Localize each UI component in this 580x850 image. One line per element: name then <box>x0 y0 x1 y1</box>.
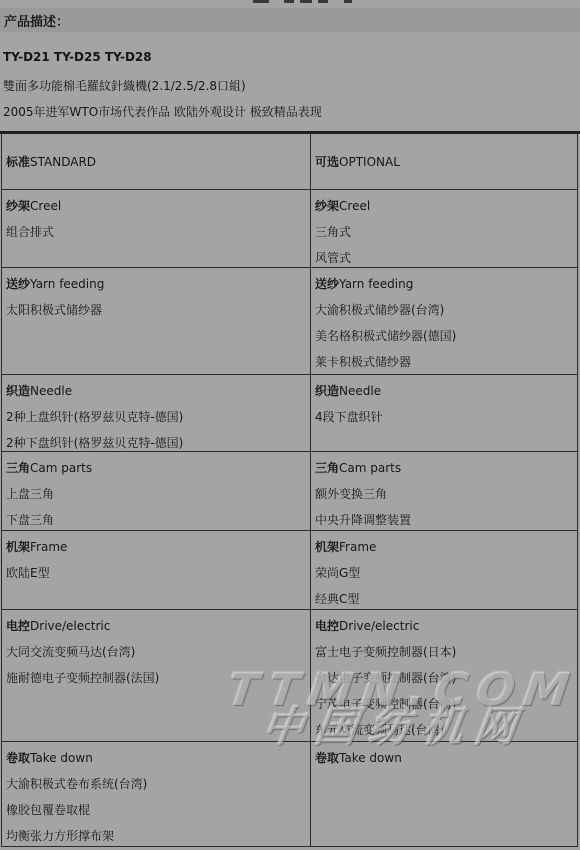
description-line-1: 雙面多功能棉毛羅紋針織機(2.1/2.5/2.8口組) <box>3 77 246 94</box>
table-row: 电控Drive/electric大同交流变频马达(台湾)施耐德电子变频控制器(法… <box>2 610 577 742</box>
category-label-zh: 三角 <box>6 461 30 475</box>
category-label-en: Drive/electric <box>339 619 419 633</box>
category-label-zh: 织造 <box>315 384 339 398</box>
optional-cell: 卷取Take down <box>311 742 577 846</box>
category-label: 送纱Yarn feeding <box>6 271 306 297</box>
optional-cell: 电控Drive/electric富士电子变频控制器(日本)台达电子变频控制器(台… <box>311 610 577 741</box>
description-line-2: 2005年进军WTO市场代表作品 欧陆外观设计 极致精品表现 <box>3 103 322 120</box>
category-label-en: Take down <box>339 751 402 765</box>
spec-item: 东元交流变频马达(台湾) <box>315 717 573 741</box>
spec-item: 施耐德电子变频控制器(法国) <box>6 665 306 691</box>
spec-item: 下盘三角 <box>6 507 306 530</box>
category-label: 织造Needle <box>6 378 306 404</box>
category-label-en: Frame <box>339 540 376 554</box>
table-row: 机架Frame欧陆E型机架Frame荣尚G型经典C型 <box>2 531 577 610</box>
category-label: 机架Frame <box>315 534 573 560</box>
standard-cell: 电控Drive/electric大同交流变频马达(台湾)施耐德电子变频控制器(法… <box>2 610 311 741</box>
spec-item: 大渝积极式卷布系统(台湾) <box>6 771 306 797</box>
category-label-en: Creel <box>339 199 370 213</box>
product-description-page: 产品描述： TY-D21 TY-D25 TY-D28 雙面多功能棉毛羅紋針織機(… <box>0 0 580 850</box>
spec-item: 台达电子变频控制器(台湾) <box>315 665 573 691</box>
spec-item: 额外变换三角 <box>315 481 573 507</box>
column-header-optional-zh: 可选 <box>315 153 339 170</box>
category-label-en: Creel <box>30 199 61 213</box>
standard-cell: 纱架Creel组合排式 <box>2 190 311 267</box>
section-title: 产品描述： <box>4 11 69 30</box>
optional-cell: 送纱Yarn feeding大渝积极式储纱器(台湾)美名格积极式储纱器(德国)莱… <box>311 268 577 374</box>
category-label-zh: 纱架 <box>6 199 30 213</box>
standard-cell: 织造Needle2种上盘织针(格罗兹贝克特-德国)2种下盘织针(格罗兹贝克特-德… <box>2 375 311 451</box>
spec-item: 美名格积极式储纱器(德国) <box>315 323 573 349</box>
spec-item: 大同交流变频马达(台湾) <box>6 639 306 665</box>
table-header-row: 标准STANDARD 可选OPTIONAL <box>2 134 577 190</box>
category-label-zh: 电控 <box>6 619 30 633</box>
category-label-zh: 卷取 <box>315 751 339 765</box>
optional-cell: 三角Cam parts额外变换三角中央升降调整装置 <box>311 452 577 530</box>
standard-cell: 送纱Yarn feeding太阳积极式储纱器 <box>2 268 311 374</box>
category-label-zh: 织造 <box>6 384 30 398</box>
category-label: 三角Cam parts <box>6 455 306 481</box>
spec-item: 经典C型 <box>315 586 573 609</box>
category-label-en: Frame <box>30 540 67 554</box>
optional-cell: 纱架Creel三角式风管式 <box>311 190 577 267</box>
category-label-zh: 卷取 <box>6 751 30 765</box>
category-label-zh: 纱架 <box>315 199 339 213</box>
spec-item: 橡胶包覆卷取棍 <box>6 797 306 823</box>
category-label-en: Take down <box>30 751 93 765</box>
clipped-text-fragment <box>284 0 294 3</box>
category-label: 送纱Yarn feeding <box>315 271 573 297</box>
category-label: 卷取Take down <box>315 745 573 771</box>
table-row: 三角Cam parts上盘三角下盘三角三角Cam parts额外变换三角中央升降… <box>2 452 577 531</box>
column-header-standard: 标准STANDARD <box>2 134 311 189</box>
category-label: 机架Frame <box>6 534 306 560</box>
spec-item: 三角式 <box>315 219 573 245</box>
spec-item: 上盘三角 <box>6 481 306 507</box>
category-label-en: Yarn feeding <box>339 277 413 291</box>
model-numbers: TY-D21 TY-D25 TY-D28 <box>3 50 152 64</box>
spec-item: 荣尚G型 <box>315 560 573 586</box>
category-label-zh: 机架 <box>6 540 30 554</box>
standard-cell: 卷取Take down大渝积极式卷布系统(台湾)橡胶包覆卷取棍均衡张力方形撑布架 <box>2 742 311 846</box>
spec-item: 4段下盘织针 <box>315 404 573 430</box>
category-label-en: Yarn feeding <box>30 277 104 291</box>
optional-cell: 机架Frame荣尚G型经典C型 <box>311 531 577 609</box>
column-header-standard-en: STANDARD <box>30 155 96 169</box>
category-label-en: Needle <box>30 384 72 398</box>
category-label: 三角Cam parts <box>315 455 573 481</box>
table-row: 卷取Take down大渝积极式卷布系统(台湾)橡胶包覆卷取棍均衡张力方形撑布架… <box>2 742 577 847</box>
standard-cell: 三角Cam parts上盘三角下盘三角 <box>2 452 311 530</box>
column-header-optional-en: OPTIONAL <box>339 155 400 169</box>
category-label: 电控Drive/electric <box>315 613 573 639</box>
category-label: 纱架Creel <box>6 193 306 219</box>
spec-table: 标准STANDARD 可选OPTIONAL 纱架Creel组合排式纱架Creel… <box>1 134 578 847</box>
clipped-text-fragment <box>253 0 269 3</box>
column-header-standard-zh: 标准 <box>6 153 30 170</box>
spec-item: 2种下盘织针(格罗兹贝克特-德国) <box>6 430 306 451</box>
clipped-text-fragment <box>344 0 352 3</box>
category-label: 卷取Take down <box>6 745 306 771</box>
category-label-zh: 三角 <box>315 461 339 475</box>
spec-item: 太阳积极式储纱器 <box>6 297 306 323</box>
category-label-zh: 送纱 <box>6 277 30 291</box>
table-body: 纱架Creel组合排式纱架Creel三角式风管式送纱Yarn feeding太阳… <box>2 190 577 847</box>
spec-item: 均衡张力方形撑布架 <box>6 823 306 846</box>
product-description-header-bar: 产品描述： <box>0 8 580 32</box>
spec-item: 富士电子变频控制器(日本) <box>315 639 573 665</box>
table-row: 送纱Yarn feeding太阳积极式储纱器送纱Yarn feeding大渝积极… <box>2 268 577 375</box>
spec-item: 大渝积极式储纱器(台湾) <box>315 297 573 323</box>
spec-item: 2种上盘织针(格罗兹贝克特-德国) <box>6 404 306 430</box>
spec-item: 组合排式 <box>6 219 306 245</box>
category-label-zh: 送纱 <box>315 277 339 291</box>
table-row: 纱架Creel组合排式纱架Creel三角式风管式 <box>2 190 577 268</box>
category-label-en: Drive/electric <box>30 619 110 633</box>
clipped-text-fragment <box>300 0 312 3</box>
spec-item: 风管式 <box>315 245 573 267</box>
category-label-zh: 机架 <box>315 540 339 554</box>
column-header-optional: 可选OPTIONAL <box>311 134 577 189</box>
spec-item: 欧陆E型 <box>6 560 306 586</box>
category-label: 电控Drive/electric <box>6 613 306 639</box>
spec-item: 中央升降调整装置 <box>315 507 573 530</box>
category-label-en: Cam parts <box>339 461 401 475</box>
category-label-en: Needle <box>339 384 381 398</box>
clipped-text-fragment <box>318 0 328 3</box>
standard-cell: 机架Frame欧陆E型 <box>2 531 311 609</box>
category-label-en: Cam parts <box>30 461 92 475</box>
category-label-zh: 电控 <box>315 619 339 633</box>
category-label: 纱架Creel <box>315 193 573 219</box>
optional-cell: 织造Needle4段下盘织针 <box>311 375 577 451</box>
table-row: 织造Needle2种上盘织针(格罗兹贝克特-德国)2种下盘织针(格罗兹贝克特-德… <box>2 375 577 452</box>
spec-item: 宁茂电子变频控制器(台湾) <box>315 691 573 717</box>
category-label: 织造Needle <box>315 378 573 404</box>
spec-item: 莱卡积极式储纱器 <box>315 349 573 374</box>
